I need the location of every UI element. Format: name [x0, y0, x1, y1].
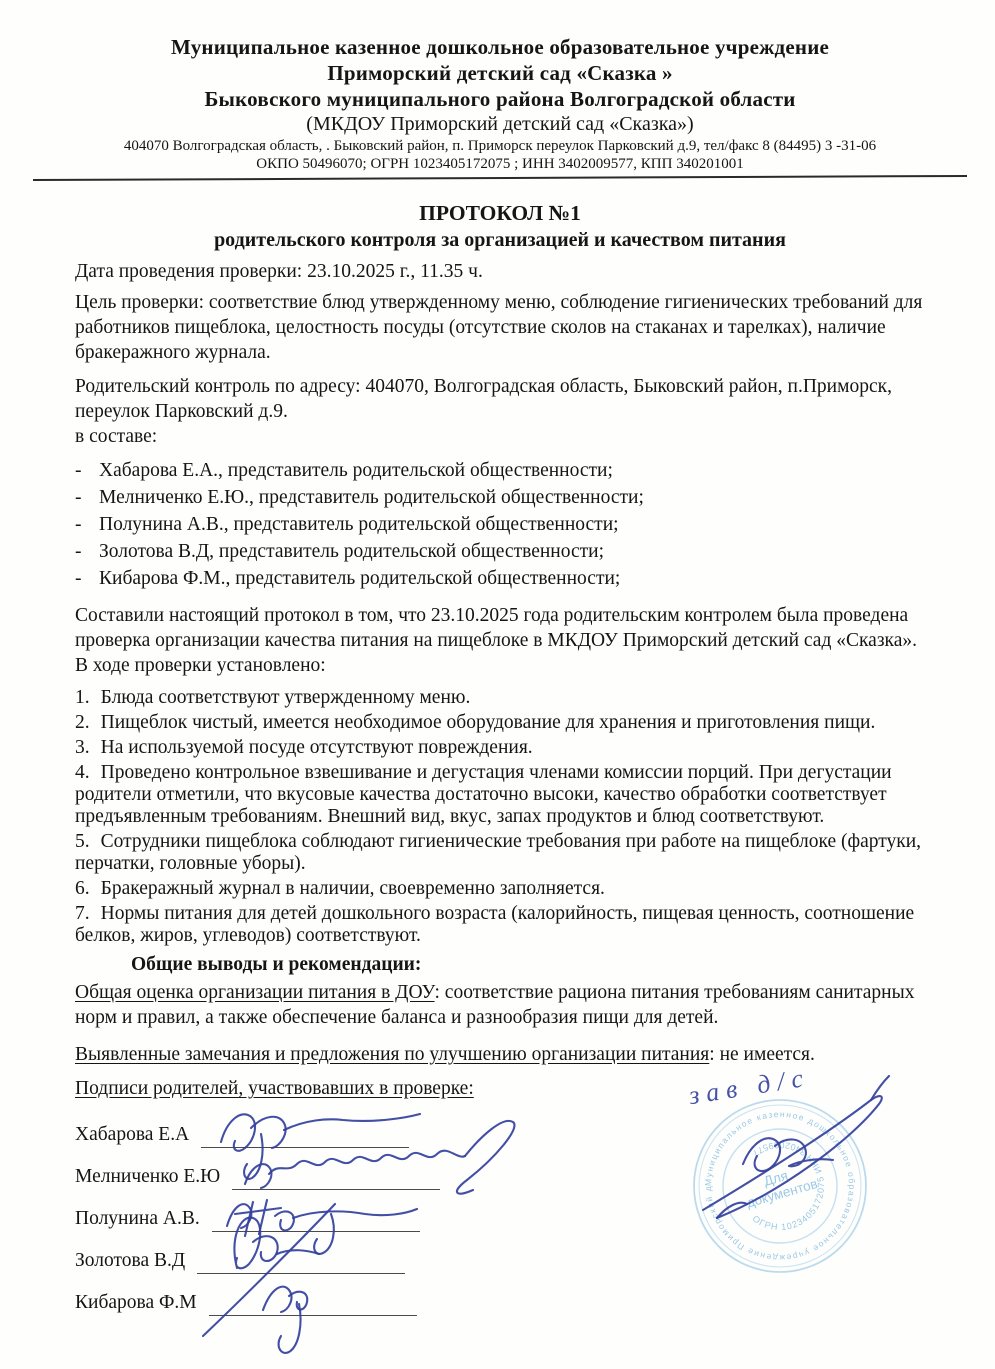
signatures-heading: Подписи родителей, участвовавших в прове…	[75, 1076, 925, 1101]
inspection-date-line: Дата проведения проверки: 23.10.2025 г.,…	[75, 259, 925, 284]
finding-text: На используемой посуде отсутствуют повре…	[101, 737, 533, 758]
inspection-purpose-paragraph: Цель проверки: соответствие блюд утвержд…	[75, 290, 925, 365]
dash-marker: -	[75, 566, 99, 591]
dash-marker: -	[75, 539, 99, 564]
finding-text: Нормы питания для детей дошкольного возр…	[75, 903, 914, 946]
signer-name: Хабарова Е.А	[75, 1123, 189, 1148]
signer-name: Мелниченко Е.Ю	[75, 1165, 220, 1190]
letterhead-abbreviation: (МКДОУ Приморский детский сад «Сказка»)	[75, 112, 925, 137]
finding-item: 2.Пищеблок чистый, имеется необходимое о…	[75, 712, 925, 734]
letterhead-line-1: Муниципальное казенное дошкольное образо…	[75, 34, 925, 60]
letterhead-line-2: Приморский детский сад «Сказка »	[75, 60, 925, 86]
finding-item: 3.На используемой посуде отсутствуют пов…	[75, 737, 925, 759]
remarks-lead: Выявленные замечания и предложения по ул…	[75, 1044, 709, 1065]
document-title: ПРОТОКОЛ №1	[75, 200, 925, 227]
signature-line	[209, 1291, 417, 1316]
list-item: -Мелниченко Е.Ю., представитель родитель…	[75, 485, 925, 510]
finding-item: 4.Проведено контрольное взвешивание и де…	[75, 762, 925, 828]
signature-row: Кибарова Ф.М	[75, 1274, 925, 1316]
finding-item: 7.Нормы питания для детей дошкольного во…	[75, 903, 925, 947]
member-name: Полунина А.В., представитель родительско…	[99, 514, 619, 535]
member-name: Хабарова Е.А., представитель родительско…	[99, 460, 613, 481]
signature-row: Мелниченко Е.Ю	[75, 1148, 925, 1190]
overall-assessment-paragraph: Общая оценка организации питания в ДОУ: …	[75, 980, 925, 1030]
findings-label: В ходе проверки установлено:	[75, 653, 925, 678]
letterhead: Муниципальное казенное дошкольное образо…	[75, 34, 925, 179]
item-number: 3.	[75, 737, 90, 758]
document-subtitle: родительского контроля за организацией и…	[75, 227, 925, 253]
overall-assessment-lead: Общая оценка организации питания в ДОУ	[75, 982, 435, 1003]
letterhead-registration-codes: ОКПО 50496070; ОГРН 1023405172075 ; ИНН …	[75, 155, 925, 173]
document-page: Муниципальное казенное дошкольное образо…	[0, 0, 995, 1369]
signature-line	[232, 1165, 440, 1190]
item-number: 7.	[75, 903, 90, 924]
finding-text: Бракеражный журнал в наличии, своевремен…	[101, 878, 605, 899]
dash-marker: -	[75, 485, 99, 510]
letterhead-address: 404070 Волгоградская область, . Быковски…	[75, 137, 925, 155]
signature-line	[197, 1249, 405, 1274]
letterhead-line-3: Быковского муниципального района Волгогр…	[75, 86, 925, 112]
member-name: Мелниченко Е.Ю., представитель родительс…	[99, 487, 644, 508]
letterhead-divider	[33, 175, 967, 181]
item-number: 1.	[75, 687, 90, 708]
dash-marker: -	[75, 458, 99, 483]
item-number: 6.	[75, 878, 90, 899]
finding-text: Сотрудники пищеблока соблюдают гигиениче…	[75, 831, 921, 874]
composition-label: в составе:	[75, 424, 925, 449]
protocol-body: ПРОТОКОЛ №1 родительского контроля за ор…	[75, 200, 925, 1316]
list-item: -Полунина А.В., представитель родительск…	[75, 512, 925, 537]
list-item: -Хабарова Е.А., представитель родительск…	[75, 458, 925, 483]
finding-item: 5.Сотрудники пищеблока соблюдают гигиени…	[75, 831, 925, 875]
signature-row: Хабарова Е.А	[75, 1106, 925, 1148]
finding-item: 6.Бракеражный журнал в наличии, своеврем…	[75, 878, 925, 900]
signer-name: Золотова В.Д	[75, 1249, 185, 1274]
control-address-paragraph: Родительский контроль по адресу: 404070,…	[75, 374, 925, 424]
finding-text: Проведено контрольное взвешивание и дегу…	[75, 762, 892, 827]
protocol-statement-paragraph: Составили настоящий протокол в том, что …	[75, 603, 925, 653]
finding-text: Блюда соответствуют утвержденному меню.	[101, 687, 471, 708]
list-item: -Золотова В.Д, представитель родительско…	[75, 539, 925, 564]
signer-name: Полунина А.В.	[75, 1207, 200, 1232]
item-number: 5.	[75, 831, 90, 852]
list-item: -Кибарова Ф.М., представитель родительск…	[75, 566, 925, 591]
findings-list: 1.Блюда соответствуют утвержденному меню…	[75, 687, 925, 947]
item-number: 4.	[75, 762, 90, 783]
dash-marker: -	[75, 512, 99, 537]
conclusions-heading: Общие выводы и рекомендации:	[75, 952, 925, 977]
signer-name: Кибарова Ф.М	[75, 1291, 197, 1316]
item-number: 2.	[75, 712, 90, 733]
remarks-paragraph: Выявленные замечания и предложения по ул…	[75, 1042, 925, 1067]
finding-item: 1.Блюда соответствуют утвержденному меню…	[75, 687, 925, 709]
signature-section: Хабарова Е.А Мелниченко Е.Ю Полунина А.В…	[75, 1106, 925, 1316]
remarks-rest: : не имеется.	[709, 1044, 815, 1065]
signature-line	[201, 1123, 409, 1148]
member-name: Золотова В.Д, представитель родительской…	[99, 541, 604, 562]
commission-members-list: -Хабарова Е.А., представитель родительск…	[75, 458, 925, 591]
finding-text: Пищеблок чистый, имеется необходимое обо…	[101, 712, 876, 733]
signature-row: Полунина А.В.	[75, 1190, 925, 1232]
signature-row: Золотова В.Д	[75, 1232, 925, 1274]
member-name: Кибарова Ф.М., представитель родительско…	[99, 568, 620, 589]
signature-line	[212, 1207, 420, 1232]
